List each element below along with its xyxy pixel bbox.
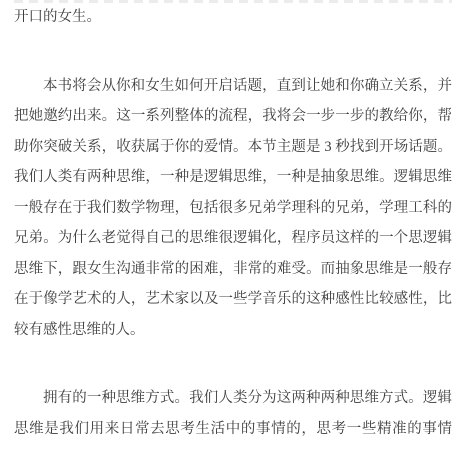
text-line: 开口的女生。 xyxy=(14,2,452,33)
text-line: 思维是我们用来日常去思考生活中的事情的，思考一些精准的事情 xyxy=(14,414,452,445)
paragraph: 本书将会从你和女生如何开启话题，直到让她和你确立关系，并把她邀约出来。这一系列整… xyxy=(14,71,452,346)
text-line: 思维下，跟女生沟通非常的困难，非常的难受。而抽象思维是一般存 xyxy=(14,254,452,285)
text-line: 助你突破关系，收获属于你的爱情。本节主题是 3 秒找到开场话题。 xyxy=(14,132,452,163)
text-line: 把她邀约出来。这一系列整体的流程，我将会一步一步的教给你，帮 xyxy=(14,101,452,132)
paragraph: 拥有的一种思维方式。我们人类分为这两种两种思维方式。逻辑思维是我们用来日常去思考… xyxy=(14,383,452,444)
text-line: 在于像学艺术的人，艺术家以及一些学音乐的这种感性比较感性，比 xyxy=(14,284,452,315)
text-line: 较有感性思维的人。 xyxy=(14,315,452,346)
document-page: 开口的女生。本书将会从你和女生如何开启话题，直到让她和你确立关系，并把她邀约出来… xyxy=(0,0,467,450)
text-line: 本书将会从你和女生如何开启话题，直到让她和你确立关系，并 xyxy=(14,71,452,102)
text-line: 兄弟。为什么老觉得自己的思维很逻辑化，程序员这样的一个思逻辑 xyxy=(14,223,452,254)
text-line: 一般存在于我们数学物理，包括很多兄弟学理科的兄弟，学理工科的 xyxy=(14,193,452,224)
page-text: 开口的女生。本书将会从你和女生如何开启话题，直到让她和你确立关系，并把她邀约出来… xyxy=(14,2,452,444)
paragraph: 开口的女生。 xyxy=(14,2,452,33)
text-line: 我们人类有两种思维，一种是逻辑思维，一种是抽象思维。逻辑思维 xyxy=(14,162,452,193)
text-line: 拥有的一种思维方式。我们人类分为这两种两种思维方式。逻辑 xyxy=(14,383,452,414)
